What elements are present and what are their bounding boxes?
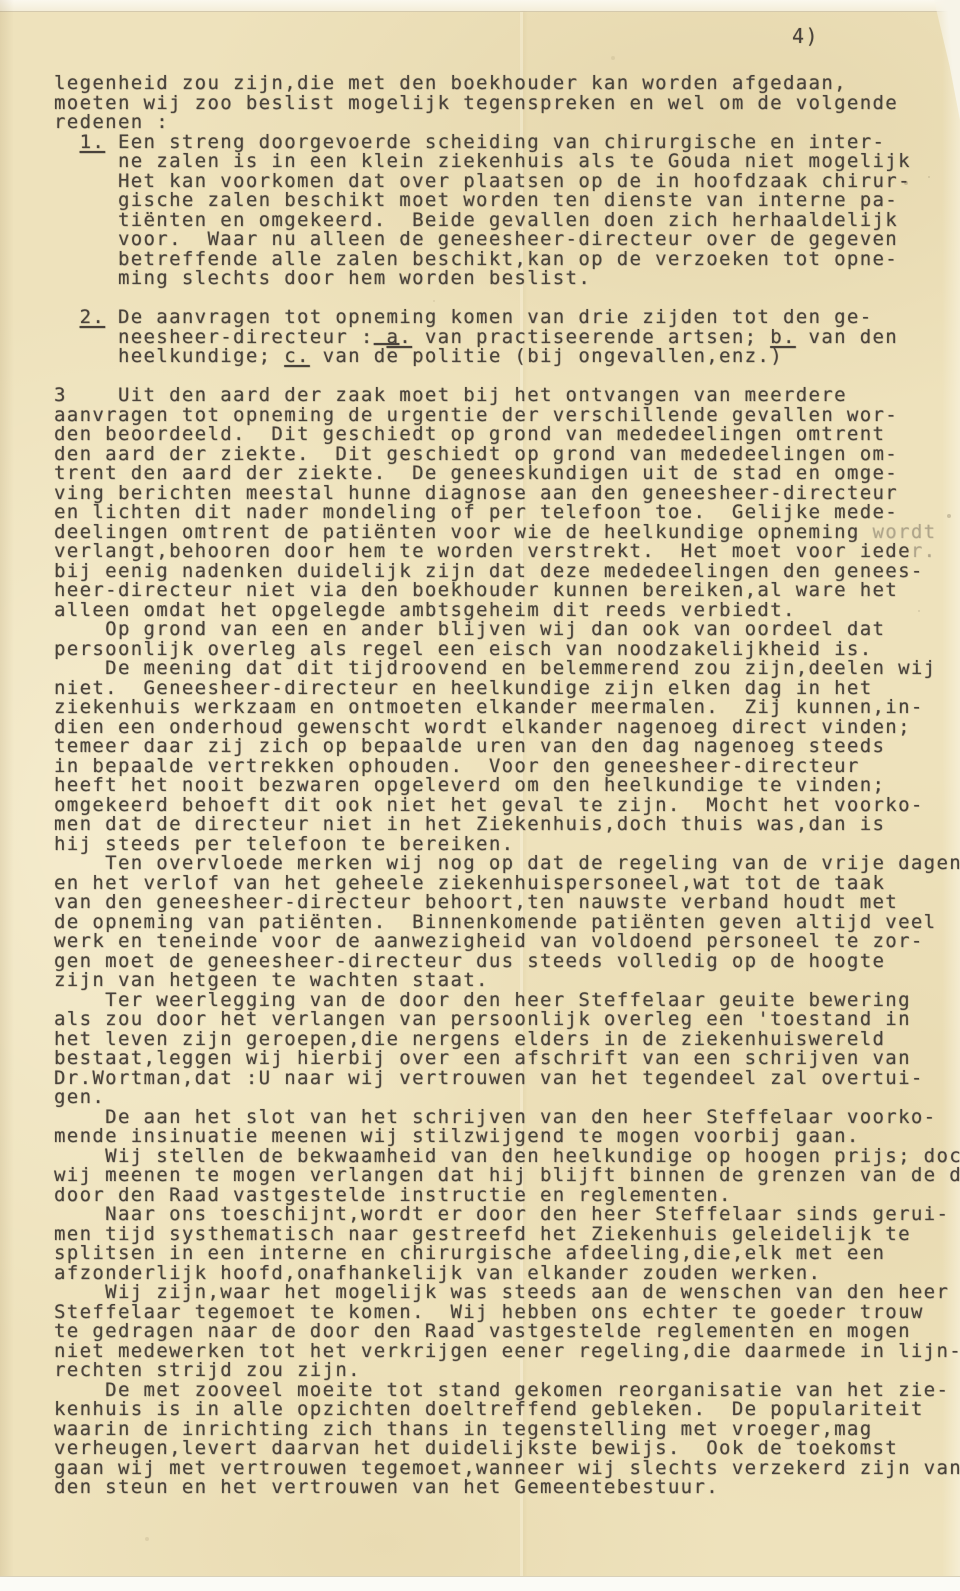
text-line: moeten wij zoo beslist mogelijk tegenspr… (54, 94, 960, 114)
text-line: heelkundige; c. van de politie (bij onge… (54, 347, 960, 367)
scan-top-edge (0, 0, 960, 12)
scan-left-shadow (0, 0, 14, 1591)
text-line: Dr.Wortman,dat :U naar wij vertrouwen va… (54, 1069, 960, 1089)
page-number: 4) (792, 24, 819, 48)
text-line: den steun en het vertrouwen van het Geme… (54, 1478, 960, 1498)
text-line: ming slechts door hem worden beslist. (54, 269, 960, 289)
ink-speckles (0, 0, 2, 2)
document-lines: legenheid zou zijn,die met den boekhoude… (54, 74, 960, 1498)
scanned-page: 4) legenheid zou zijn,die met den boekho… (0, 0, 960, 1591)
scan-bottom-edge (0, 1576, 960, 1591)
